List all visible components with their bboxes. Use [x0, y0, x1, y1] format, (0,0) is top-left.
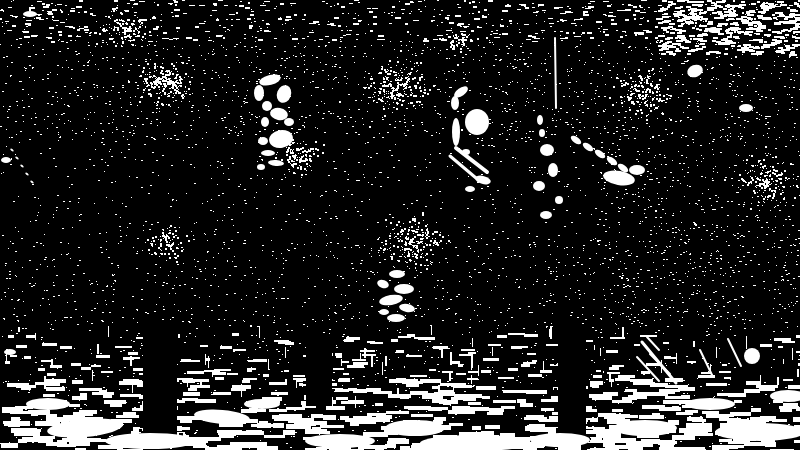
photo-frame — [0, 0, 800, 450]
thresholded-photo-canvas — [0, 0, 800, 450]
